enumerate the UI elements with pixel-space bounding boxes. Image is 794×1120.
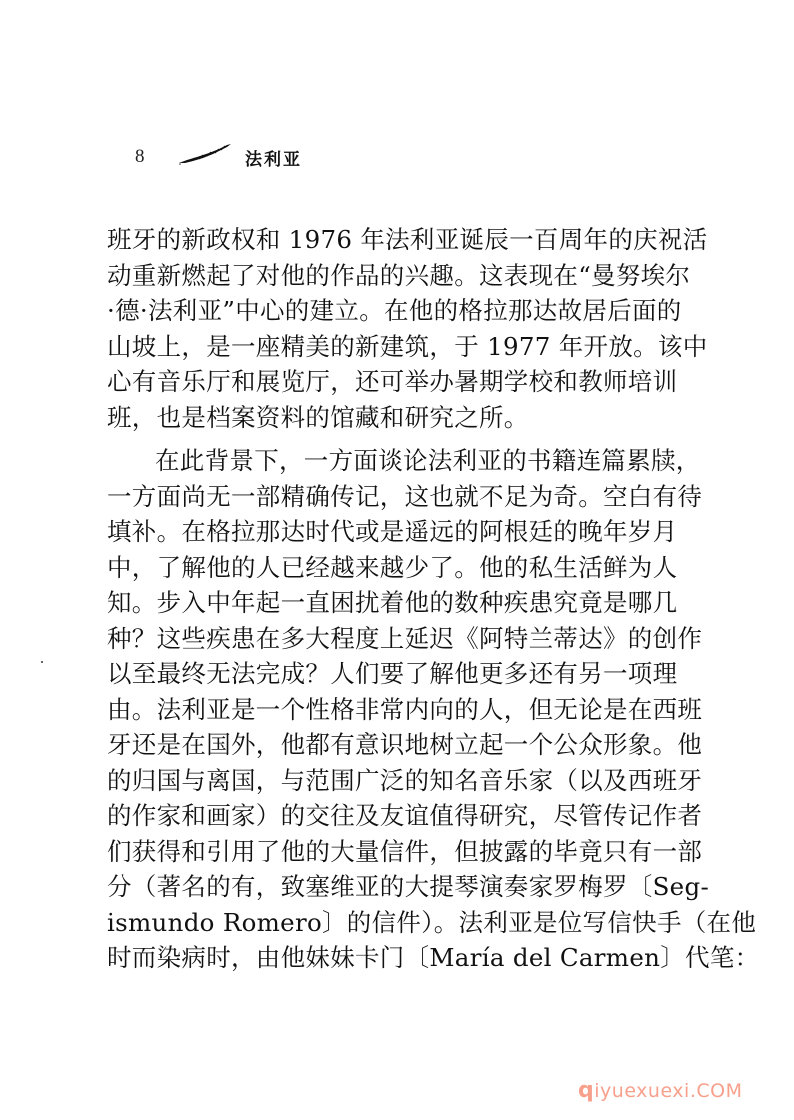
text-line: 时而染病时，由他妹妹卡门〔María del Carmen〕代笔： xyxy=(107,940,677,976)
text-line: 以至最终无法完成？人们要了解他更多还有另一项理 xyxy=(107,656,677,692)
paragraph-2: 在此背景下，一方面谈论法利亚的书籍连篇累牍， 一方面尚无一部精确传记，这也就不足… xyxy=(107,443,677,976)
text-line: 心有音乐厅和展览厅，还可举办暑期学校和教师培训 xyxy=(107,364,677,400)
page-number: 8 xyxy=(135,146,145,168)
text-line: 一方面尚无一部精确传记，这也就不足为奇。空白有待 xyxy=(107,479,677,515)
text-line: 的作家和画家）的交往及友谊值得研究，尽管传记作者 xyxy=(107,798,677,834)
site-watermark: qiyuexuexi.COM xyxy=(578,1078,743,1103)
margin-mark xyxy=(41,661,43,663)
text-line: 牙还是在国外，他都有意识地树立起一个公众形象。他 xyxy=(107,727,677,763)
watermark-logo-letter: q xyxy=(578,1078,594,1103)
watermark-text: iyuexuexi.COM xyxy=(594,1080,742,1102)
text-line: 知。步入中年起一直困扰着他的数种疾患究竟是哪几 xyxy=(107,585,677,621)
text-line: 的归国与离国，与范围广泛的知名音乐家（以及西班牙 xyxy=(107,763,677,799)
text-line: 山坡上，是一座精美的新建筑，于 1977 年开放。该中 xyxy=(107,329,677,365)
text-line: 动重新燃起了对他的作品的兴趣。这表现在“曼努埃尔 xyxy=(107,258,677,294)
paragraph-1: 班牙的新政权和 1976 年法利亚诞辰一百周年的庆祝活 动重新燃起了对他的作品的… xyxy=(107,222,677,435)
page-header: 8 法利亚 xyxy=(135,140,435,170)
text-line: 填补。在格拉那达时代或是遥远的阿根廷的晚年岁月 xyxy=(107,514,677,550)
text-line: ismundo Romero〕的信件）。法利亚是位写信快手（在他 xyxy=(107,905,677,941)
text-line: 班牙的新政权和 1976 年法利亚诞辰一百周年的庆祝活 xyxy=(107,222,677,258)
text-line: 种？这些疾患在多大程度上延迟《阿特兰蒂达》的创作 xyxy=(107,621,677,657)
text-line: ·德·法利亚”中心的建立。在他的格拉那达故居后面的 xyxy=(107,293,677,329)
text-line: 在此背景下，一方面谈论法利亚的书籍连篇累牍， xyxy=(107,443,677,479)
text-line: 中，了解他的人已经越来越少了。他的私生活鲜为人 xyxy=(107,550,677,586)
running-title: 法利亚 xyxy=(245,145,302,170)
body-text: 班牙的新政权和 1976 年法利亚诞辰一百周年的庆祝活 动重新燃起了对他的作品的… xyxy=(107,222,677,976)
text-line: 班，也是档案资料的馆藏和研究之所。 xyxy=(107,400,677,436)
feather-icon xyxy=(177,142,233,166)
text-line: 分（著名的有，致塞维亚的大提琴演奏家罗梅罗〔Seg- xyxy=(107,869,677,905)
text-line: 们获得和引用了他的大量信件，但披露的毕竟只有一部 xyxy=(107,834,677,870)
text-line: 由。法利亚是一个性格非常内向的人，但无论是在西班 xyxy=(107,692,677,728)
